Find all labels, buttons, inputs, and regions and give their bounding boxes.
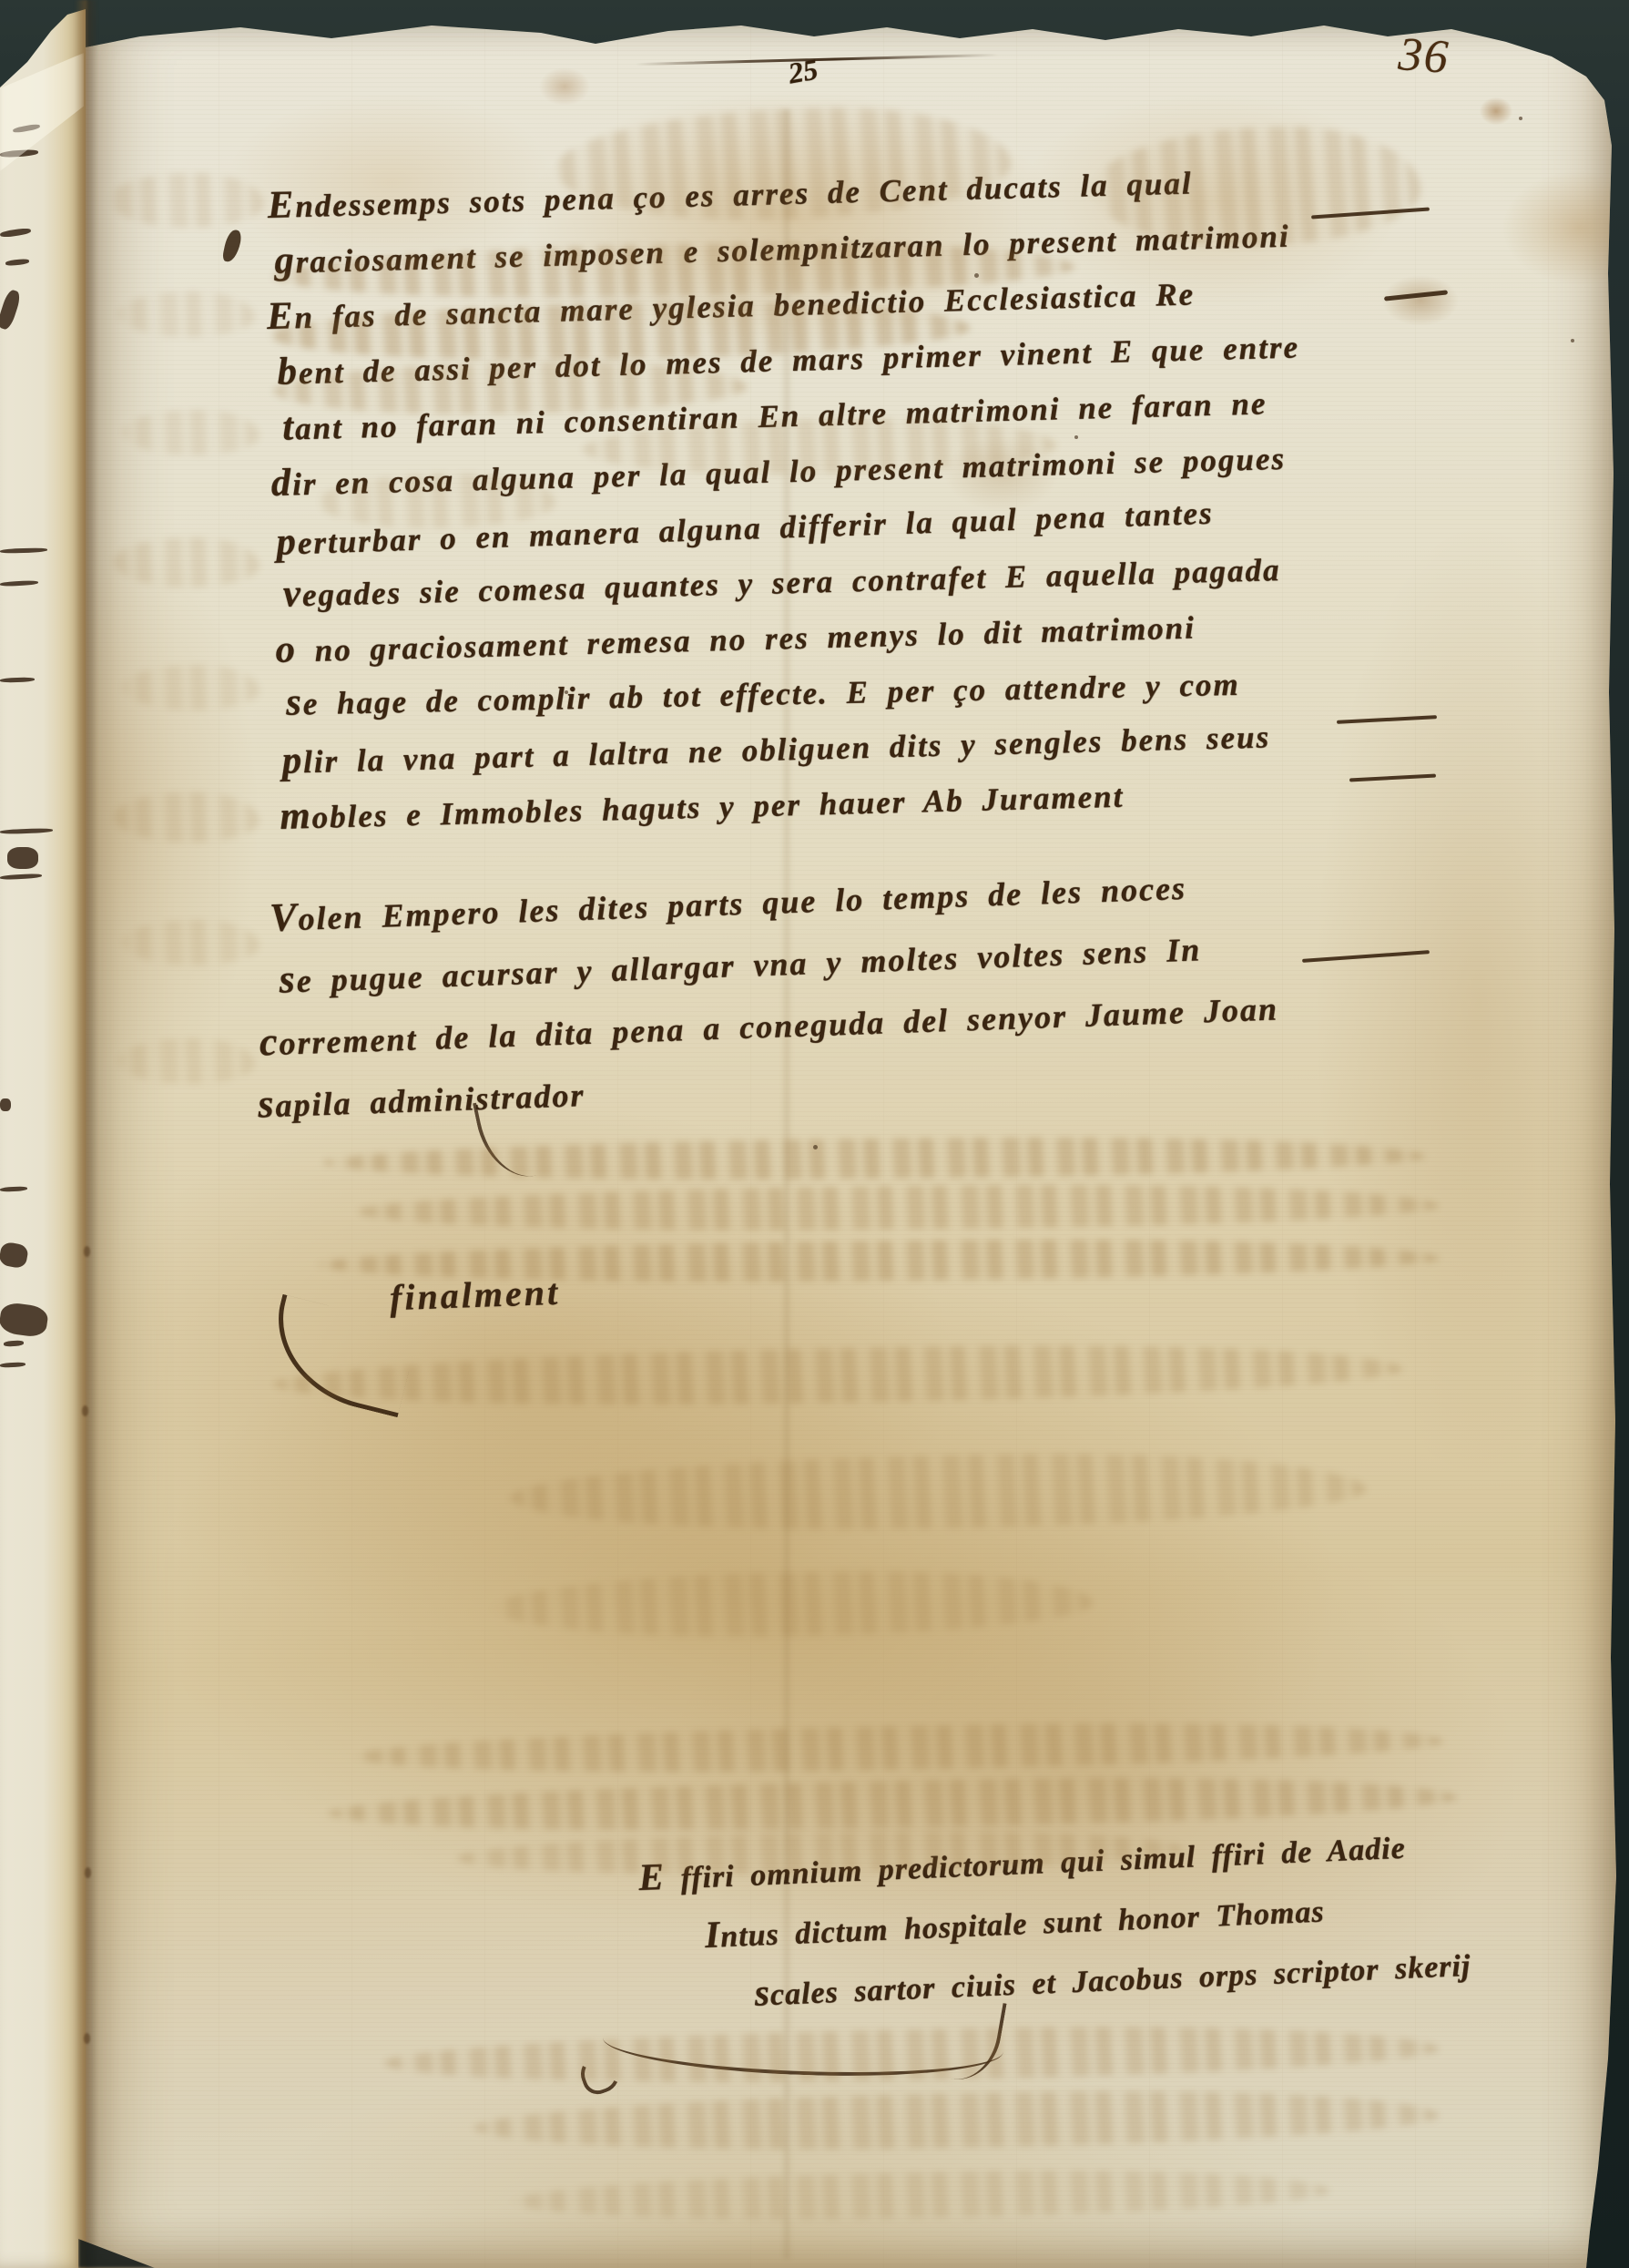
manuscript-photo: 25 36 Endessemps sots pena ço es arres d… [0,0,1629,2268]
showthrough-smudge [114,792,260,843]
ink-speck [1519,117,1522,120]
pen-stroke [1337,715,1437,724]
showthrough-smudge [351,1717,1444,1780]
pen-stroke [1384,290,1448,301]
showthrough-smudge [123,920,260,965]
showthrough-smudge [109,173,264,228]
ink-speck [1074,435,1078,439]
quire-mark: 25 [786,53,820,91]
showthrough-smudge [319,1236,1439,1286]
page-content: 25 36 Endessemps sots pena ço es arres d… [0,0,1629,2268]
showthrough-smudge [510,2165,1330,2225]
showthrough-smudge [355,1181,1439,1234]
showthrough-smudge [382,2020,1440,2089]
pen-stroke [1349,774,1436,782]
showthrough-smudge [118,291,255,337]
showthrough-smudge [473,2085,1440,2156]
ink-speck [565,690,568,694]
ink-speck [974,273,979,278]
showthrough-smudge [509,1448,1366,1536]
ink-speck [813,1145,818,1149]
crease-spot [84,2033,90,2044]
quire-mark-tail-stroke [636,54,998,66]
showthrough-smudge [123,665,260,710]
margin-ink-mark [221,229,242,264]
paragraph-volen-clause: Volen Empero les dites parts que lo temp… [269,853,1281,1135]
pen-stroke [1302,950,1430,963]
ink-speck [1571,339,1574,342]
showthrough-smudge [273,1338,1403,1413]
showthrough-smudge [114,537,260,587]
showthrough-smudge [118,1038,255,1084]
crease-spot [85,1867,91,1878]
showthrough-smudge [123,410,260,455]
showthrough-smudge [491,1567,1093,1641]
showthrough-smudge [1091,122,1422,251]
folio-number: 36 [1397,27,1451,85]
crease-spot [82,1405,88,1416]
crease-spot [84,1246,90,1257]
